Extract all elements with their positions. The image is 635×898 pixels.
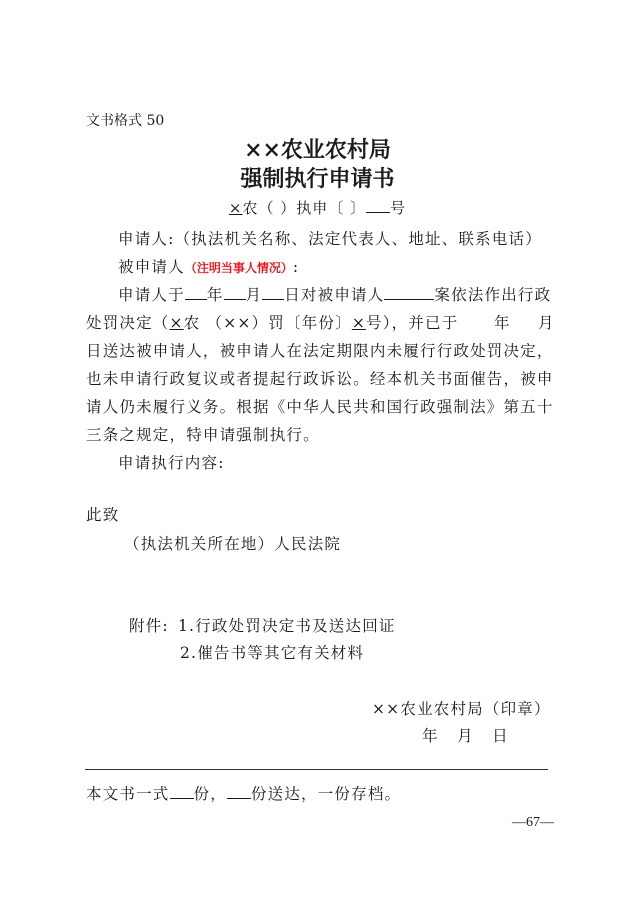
doc-number-suffix: 号 [390, 199, 406, 217]
copies-text: 份， [194, 785, 227, 803]
attachments-label: 附件: [129, 614, 169, 636]
respondent-note: （注明当事人情况） [185, 261, 293, 275]
para-text: 处罚决定（ [86, 314, 170, 332]
page-number: —67— [512, 815, 554, 831]
para1-line3: 日送达被申请人，被申请人在法定期限内未履行行政处罚决定， [86, 339, 554, 361]
respondent-colon: : [293, 258, 299, 276]
month-blank [224, 286, 246, 300]
para-text: × [170, 314, 184, 332]
para1-line5: 请人仍未履行义务。根据《中华人民共和国行政强制法》第五十 [86, 395, 554, 417]
para1-line2: 处罚决定（×农 （××）罚〔年份〕×号），并已于 [86, 311, 458, 333]
para-text: 号），并已于 [366, 314, 458, 332]
para-text: 年 [207, 286, 224, 304]
para-text: 月 [246, 286, 263, 304]
para1-line2-month: 月 [538, 311, 555, 333]
para-text: 农 （××）罚〔年份〕 [184, 314, 352, 332]
para1-line2-year: 年 [494, 311, 511, 333]
copies-text: 本文书一式 [86, 785, 170, 803]
agency-title: ××农业农村局 [0, 133, 635, 164]
case-blank [384, 286, 434, 300]
para-text: 案依法作出行政 [434, 286, 551, 304]
para1-line4: 也未申请行政复议或者提起行政诉讼。经本机关书面催告，被申 [86, 367, 554, 389]
doc-number-blank [366, 199, 390, 213]
applicant-line: 申请人:（执法机关名称、法定代表人、地址、联系电话） [118, 227, 542, 249]
served-blank [227, 785, 251, 799]
footer-divider [85, 769, 548, 770]
day-blank [262, 286, 284, 300]
doc-number-text: 农（ ）执申〔 〕 [243, 199, 367, 217]
attachment-item: 2.催告书等其它有关材料 [180, 641, 364, 663]
court-line: （执法机关所在地）人民法院 [124, 532, 341, 554]
respondent-label: 被申请人 [118, 258, 185, 276]
year-blank [185, 286, 207, 300]
attachment-item: 1.行政处罚决定书及送达回证 [178, 614, 396, 636]
respondent-line: 被申请人（注明当事人情况）: [118, 255, 299, 277]
agency-seal: ××农业农村局（印章） [372, 697, 551, 719]
para1-line6: 三条之规定，特申请强制执行。 [86, 423, 320, 445]
document-number: ×农（ ）执申〔 〕号 [0, 197, 635, 218]
doc-number-prefix: × [229, 199, 243, 217]
para-text: 申请人于 [118, 286, 185, 304]
copies-blank [170, 785, 194, 799]
para-text: 日对被申请人 [284, 286, 384, 304]
signature-date: 年 月 日 [422, 724, 509, 746]
para1-line1: 申请人于年月日对被申请人案依法作出行政 [118, 283, 551, 305]
copies-line: 本文书一式份，份送达，一份存档。 [86, 782, 401, 804]
para-text: × [352, 314, 366, 332]
content-label: 申请执行内容: [118, 451, 225, 473]
copies-text: 份送达，一份存档。 [251, 785, 401, 803]
document-title: 强制执行申请书 [0, 162, 635, 193]
doc-format-label: 文书格式 50 [86, 110, 164, 130]
salutation: 此致 [86, 503, 119, 525]
